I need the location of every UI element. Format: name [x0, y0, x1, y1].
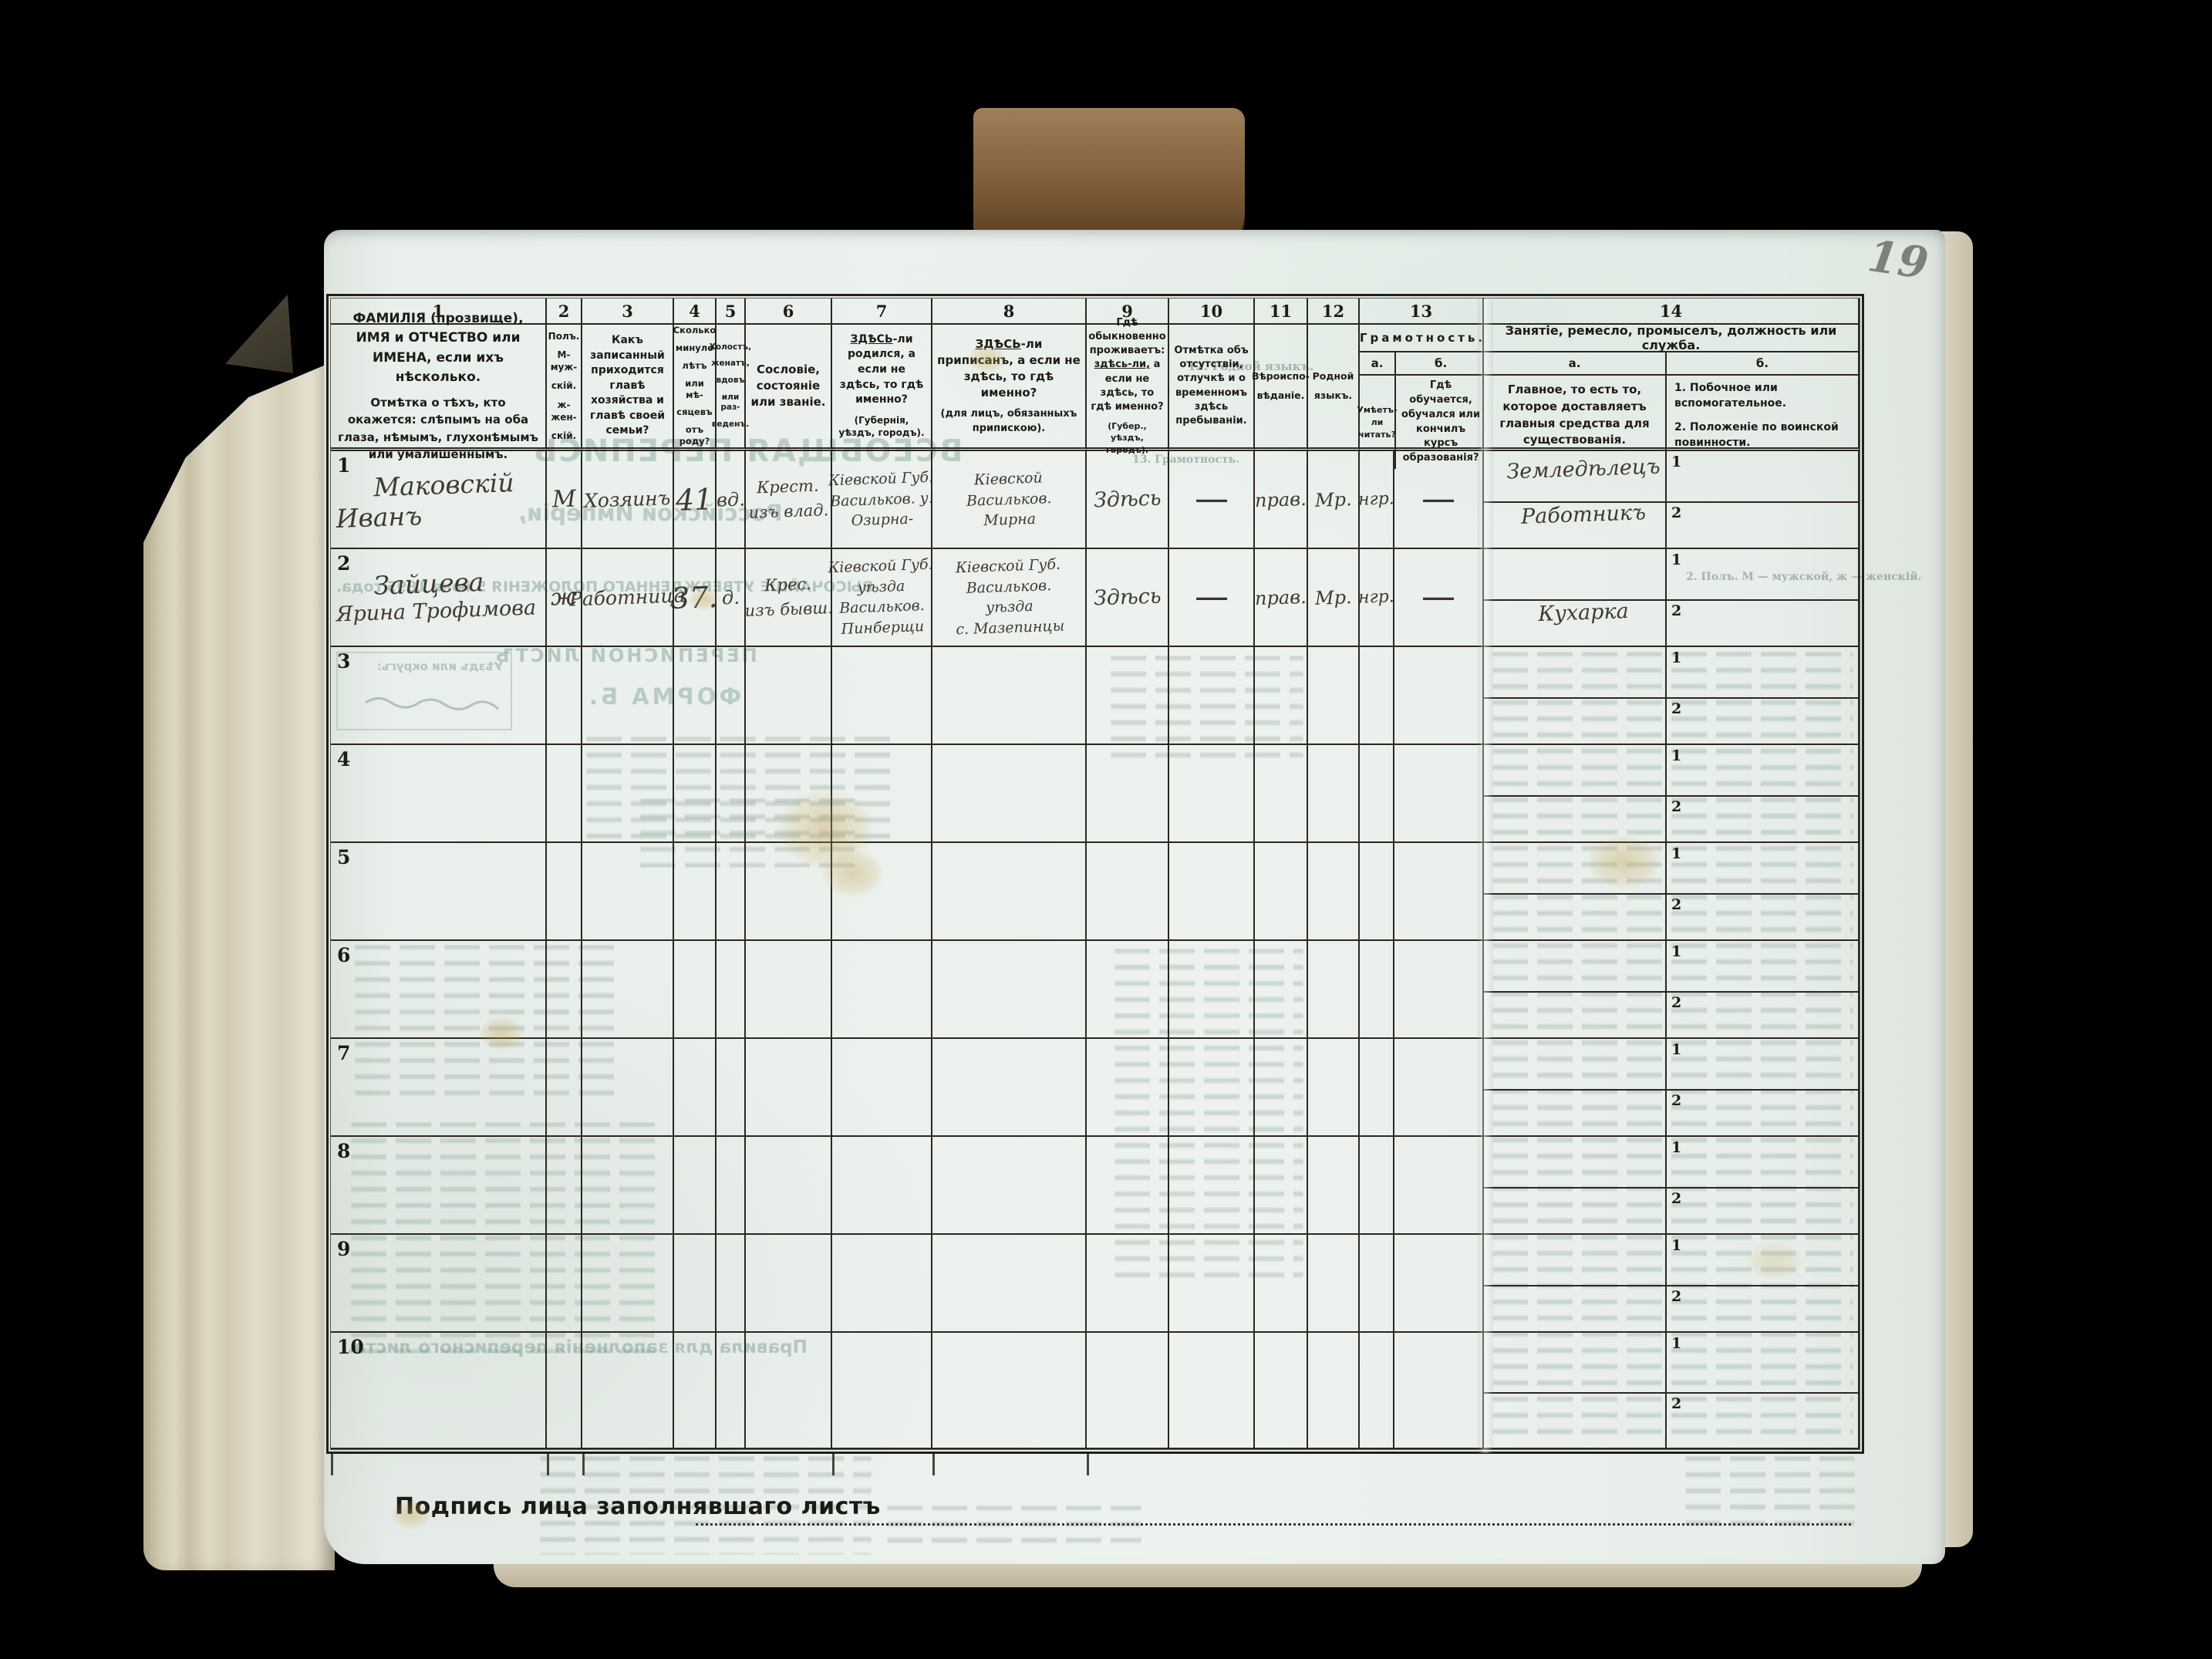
row-9-age-cell — [674, 1235, 717, 1333]
row-5-birth-cell — [832, 843, 932, 941]
row-8-absent-cell — [1169, 1137, 1255, 1235]
row-8-occupation-cell: 12 — [1484, 1137, 1860, 1235]
row-2-age-cell: 37. — [674, 549, 717, 647]
header-name-main: ФАМИЛІЯ (прозвище), ИМЯ и ОТЧЕСТВО или И… — [335, 309, 541, 388]
row-7-edu-cell — [1394, 1039, 1484, 1137]
row-8-estate-cell — [746, 1137, 832, 1235]
subrow-label-1: 1 — [1671, 1139, 1681, 1156]
row-8-marital-cell — [717, 1137, 746, 1235]
header-literacy-a-label: а. — [1360, 352, 1394, 374]
row-2-name-cell: 2ЗайцеваЯрина Трофимова — [331, 549, 547, 647]
row-3-age-cell — [674, 647, 717, 745]
row-2-lang-cell: Мр. — [1308, 549, 1360, 647]
row-3-live-cell — [1087, 647, 1169, 745]
header-literacy-title: Грамотность. — [1360, 325, 1485, 352]
row-6-name-cell: 6 — [331, 941, 547, 1039]
header-marital: Холостъ, женатъ, вдовъ или раз- веденъ. — [717, 325, 746, 451]
row-5-reg-cell — [932, 843, 1087, 941]
row-8-live-cell — [1087, 1137, 1169, 1235]
row-1-age-cell: 41 — [674, 451, 717, 549]
read-handwriting: нгр. — [1358, 587, 1395, 608]
row-3-estate-cell — [746, 647, 832, 745]
row-6-reg-cell — [932, 941, 1087, 1039]
signature-line — [696, 1464, 1851, 1526]
row-4-lang-cell — [1308, 745, 1360, 843]
header-relation: Какъ записанный приходится главѣ хозяйст… — [582, 325, 674, 451]
name-handwriting: ЗайцеваЯрина Трофимова — [335, 565, 537, 627]
row-3-birth-cell — [832, 647, 932, 745]
occupation-subrow-divider — [1484, 795, 1858, 797]
column-number-7: 7 — [832, 298, 932, 325]
row-2-live-cell: Здѣсь — [1087, 549, 1169, 647]
subrow-label-1: 1 — [1671, 1237, 1681, 1254]
row-8-lang-cell — [1308, 1137, 1360, 1235]
row-5-relation-cell — [582, 843, 674, 941]
row-8-read-cell — [1360, 1137, 1394, 1235]
estate-handwriting: Крес.изъ бывш. — [744, 572, 834, 623]
row-9-marital-cell — [717, 1235, 746, 1333]
row-9-read-cell — [1360, 1235, 1394, 1333]
row-5-age-cell — [674, 843, 717, 941]
subrow-label-1: 1 — [1671, 1335, 1681, 1352]
row-5-absent-cell — [1169, 843, 1255, 941]
row-5-faith-cell — [1255, 843, 1308, 941]
main-occupation-handwriting: Земледѣлецъ — [1495, 454, 1673, 484]
header-birthplace: ЗДѢСЬ-ли родился, а если не здѣсь, то гд… — [832, 325, 932, 451]
row-7-age-cell — [674, 1039, 717, 1137]
column-number-4: 4 — [674, 298, 717, 325]
row-number: 5 — [337, 846, 350, 868]
row-7-read-cell — [1360, 1039, 1394, 1137]
header-language: Родной языкъ. — [1308, 325, 1360, 451]
row-1-lang-cell: Мр. — [1308, 451, 1360, 549]
column-number-10: 10 — [1169, 298, 1255, 325]
row-7-occupation-cell: 12 — [1484, 1039, 1860, 1137]
row-7-relation-cell — [582, 1039, 674, 1137]
row-8-edu-cell — [1394, 1137, 1484, 1235]
row-6-edu-cell — [1394, 941, 1484, 1039]
page-corner-damage — [225, 295, 293, 373]
row-number: 10 — [337, 1336, 364, 1358]
row-4-live-cell — [1087, 745, 1169, 843]
row-number: 3 — [337, 650, 350, 673]
row-7-marital-cell — [717, 1039, 746, 1137]
row-8-relation-cell — [582, 1137, 674, 1235]
row-8-birth-cell — [832, 1137, 932, 1235]
row-4-name-cell: 4 — [331, 745, 547, 843]
occupation-subrow-divider — [1484, 893, 1858, 895]
row-3-marital-cell — [717, 647, 746, 745]
row-9-absent-cell — [1169, 1235, 1255, 1333]
column-number-5: 5 — [717, 298, 746, 325]
subrow-label-2: 2 — [1671, 896, 1681, 913]
row-2-faith-cell: прав. — [1255, 549, 1308, 647]
table-line-tick — [582, 1454, 585, 1475]
subrow-label-1: 1 — [1671, 454, 1681, 470]
row-4-marital-cell — [717, 745, 746, 843]
row-6-faith-cell — [1255, 941, 1308, 1039]
row-3-edu-cell — [1394, 647, 1484, 745]
row-5-sex-cell — [547, 843, 582, 941]
row-10-reg-cell — [932, 1333, 1087, 1449]
row-4-birth-cell — [832, 745, 932, 843]
header-occupation-title: Занятіе, ремесло, промыселъ, должность и… — [1484, 325, 1858, 352]
row-3-read-cell — [1360, 647, 1394, 745]
relation-handwriting: Работница — [569, 584, 686, 610]
row-7-reg-cell — [932, 1039, 1087, 1137]
subrow-label-2: 2 — [1671, 700, 1681, 717]
row-1-birth-cell: Кіевской Губ.Васильков. у.Озирна- — [832, 451, 932, 549]
subrow-label-2: 2 — [1671, 1092, 1681, 1109]
row-4-read-cell — [1360, 745, 1394, 843]
row-8-reg-cell — [932, 1137, 1087, 1235]
occupation-subrow-divider — [1484, 1187, 1858, 1189]
row-1-reg-cell: КіевскойВасильков.Мирна — [932, 451, 1087, 549]
row-7-sex-cell — [547, 1039, 582, 1137]
row-7-name-cell: 7 — [331, 1039, 547, 1137]
read-handwriting: нгр. — [1358, 489, 1395, 510]
row-3-relation-cell — [582, 647, 674, 745]
row-3-reg-cell — [932, 647, 1087, 745]
row-2-absent-cell: — — [1169, 549, 1255, 647]
row-9-relation-cell — [582, 1235, 674, 1333]
column-number-14: 14 — [1484, 298, 1860, 325]
row-10-live-cell — [1087, 1333, 1169, 1449]
row-4-occupation-cell: 12 — [1484, 745, 1860, 843]
row-8-faith-cell — [1255, 1137, 1308, 1235]
row-6-lang-cell — [1308, 941, 1360, 1039]
row-9-name-cell: 9 — [331, 1235, 547, 1333]
row-1-read-cell: нгр. — [1360, 451, 1394, 549]
header-estate: Сословіе, состояніе или званіе. — [746, 325, 832, 451]
row-5-estate-cell — [746, 843, 832, 941]
birth-handwriting: Кіевской Губ.Васильков. у.Озирна- — [828, 467, 936, 531]
row-9-sex-cell — [547, 1235, 582, 1333]
row-2-birth-cell: Кіевской Губ.уѣздаВасильков.Пинберщи — [832, 549, 932, 647]
row-1-live-cell: Здѣсь — [1087, 451, 1169, 549]
row-10-read-cell — [1360, 1333, 1394, 1449]
row-6-absent-cell — [1169, 941, 1255, 1039]
header-literacy-group: Грамотность. а. б. Умѣетъ-ли читать? Гдѣ… — [1360, 325, 1484, 451]
row-4-faith-cell — [1255, 745, 1308, 843]
row-9-edu-cell — [1394, 1235, 1484, 1333]
marital-handwriting: вд. — [716, 488, 745, 511]
row-10-relation-cell — [582, 1333, 674, 1449]
row-6-relation-cell — [582, 941, 674, 1039]
column-number-11: 11 — [1255, 298, 1308, 325]
row-number: 9 — [337, 1238, 350, 1260]
faith-handwriting: прав. — [1255, 585, 1307, 609]
row-number: 4 — [337, 748, 350, 770]
header-occupation-b-label: б. — [1665, 352, 1858, 374]
header-religion: Вѣроиспо- вѣданіе. — [1255, 325, 1308, 451]
occupation-sub-column-line — [1665, 941, 1667, 1037]
row-4-reg-cell — [932, 745, 1087, 843]
edu-handwriting: — — [1421, 487, 1456, 512]
row-10-occupation-cell: 12 — [1484, 1333, 1860, 1449]
row-number: 2 — [337, 552, 350, 575]
secondary-occupation-handwriting: Работникъ — [1495, 500, 1673, 530]
occupation-sub-column-line — [1665, 1333, 1667, 1448]
header-occupation-a-label: а. — [1484, 352, 1665, 374]
column-number-6: 6 — [746, 298, 832, 325]
page-number-pencil: 19 — [1865, 231, 1931, 289]
subrow-label-2: 2 — [1671, 602, 1681, 619]
occupation-subrow-divider — [1484, 1089, 1858, 1091]
row-9-occupation-cell: 12 — [1484, 1235, 1860, 1333]
row-5-lang-cell — [1308, 843, 1360, 941]
absent-handwriting: — — [1194, 487, 1229, 512]
occupation-subrow-divider — [1484, 991, 1858, 993]
row-3-faith-cell — [1255, 647, 1308, 745]
header-registration: ЗДѢСЬ-ли приписанъ, а если не здѣсь, то … — [932, 325, 1087, 451]
column-number-8: 8 — [932, 298, 1087, 325]
census-scan: ВСЕОБЩАЯ ПЕРЕПИСЬ Россійской Имперіи, ВЫ… — [0, 0, 2212, 1659]
header-occupation-b-text: 1. Побочное или вспомогательное. 2. Поло… — [1665, 376, 1858, 455]
row-9-faith-cell — [1255, 1235, 1308, 1333]
row-3-occupation-cell: 12 — [1484, 647, 1860, 745]
row-2-read-cell: нгр. — [1360, 549, 1394, 647]
row-10-lang-cell — [1308, 1333, 1360, 1449]
row-6-estate-cell — [746, 941, 832, 1039]
subrow-label-1: 1 — [1671, 551, 1681, 568]
row-number: 7 — [337, 1042, 350, 1064]
header-name: ФАМИЛІЯ (прозвище), ИМЯ и ОТЧЕСТВО или И… — [331, 325, 547, 451]
subrow-label-2: 2 — [1671, 1288, 1681, 1305]
row-6-age-cell — [674, 941, 717, 1039]
header-absence: Отмѣтка объ отсутствіи, отлучкѣ и о врем… — [1169, 325, 1255, 451]
row-3-sex-cell — [547, 647, 582, 745]
occupation-subrow-divider — [1484, 1285, 1858, 1286]
table-line-tick — [331, 1454, 333, 1475]
subrow-label-2: 2 — [1671, 1190, 1681, 1207]
row-4-sex-cell — [547, 745, 582, 843]
estate-handwriting: Крест.изъ влад. — [747, 474, 829, 525]
row-10-birth-cell — [832, 1333, 932, 1449]
row-10-name-cell: 10 — [331, 1333, 547, 1449]
birth-handwriting: Кіевской Губ.уѣздаВасильков.Пинберщи — [828, 555, 936, 640]
age-handwriting: 37. — [671, 579, 719, 615]
header-occupation-a-text: Главное, то есть то, которое доставляетъ… — [1484, 376, 1665, 455]
occupation-subrow-divider — [1484, 1392, 1858, 1394]
row-5-name-cell: 5 — [331, 843, 547, 941]
occupation-sub-column-line — [1665, 1235, 1667, 1331]
header-occupation-group: Занятіе, ремесло, промыселъ, должность и… — [1484, 325, 1860, 451]
row-4-age-cell — [674, 745, 717, 843]
row-1-estate-cell: Крест.изъ влад. — [746, 451, 832, 549]
row-10-sex-cell — [547, 1333, 582, 1449]
column-number-13: 13 — [1360, 298, 1484, 325]
row-5-read-cell — [1360, 843, 1394, 941]
header-sex: Полъ. М-муж- скій. ж-жен- скій. — [547, 325, 582, 451]
column-number-2: 2 — [547, 298, 582, 325]
row-2-estate-cell: Крес.изъ бывш. — [746, 549, 832, 647]
subrow-label-1: 1 — [1671, 845, 1681, 862]
row-10-absent-cell — [1169, 1333, 1255, 1449]
reg-handwriting: КіевскойВасильков.Мирна — [965, 467, 1052, 532]
row-5-live-cell — [1087, 843, 1169, 941]
row-4-edu-cell — [1394, 745, 1484, 843]
row-4-relation-cell — [582, 745, 674, 843]
row-4-absent-cell — [1169, 745, 1255, 843]
row-7-birth-cell — [832, 1039, 932, 1137]
row-4-estate-cell — [746, 745, 832, 843]
row-10-faith-cell — [1255, 1333, 1308, 1449]
row-10-marital-cell — [717, 1333, 746, 1449]
subrow-label-2: 2 — [1671, 994, 1681, 1011]
row-3-name-cell: 3 — [331, 647, 547, 745]
book-page-edges — [143, 361, 335, 1570]
row-3-absent-cell — [1169, 647, 1255, 745]
occupation-sub-column-line — [1665, 1039, 1667, 1135]
row-8-name-cell: 8 — [331, 1137, 547, 1235]
live-handwriting: Здѣсь — [1093, 584, 1162, 610]
subrow-label-1: 1 — [1671, 943, 1681, 960]
subrow-label-2: 2 — [1671, 798, 1681, 815]
row-1-name-cell: 1МаковскійИванъ — [331, 451, 547, 549]
occupation-sub-column-line — [1665, 745, 1667, 841]
row-5-occupation-cell: 12 — [1484, 843, 1860, 941]
edu-handwriting: — — [1421, 585, 1456, 610]
row-1-faith-cell: прав. — [1255, 451, 1308, 549]
row-5-marital-cell — [717, 843, 746, 941]
column-number-3: 3 — [582, 298, 674, 325]
header-literacy-b-label: б. — [1394, 352, 1485, 374]
column-number-12: 12 — [1308, 298, 1360, 325]
marital-handwriting: д. — [721, 586, 740, 609]
reg-handwriting: Кіевской Губ.Васильков.уѣздас. Мазепинцы — [953, 555, 1064, 640]
row-6-birth-cell — [832, 941, 932, 1039]
subrow-label-1: 1 — [1671, 649, 1681, 666]
row-1-sex-cell: М — [547, 451, 582, 549]
occupation-sub-column-line — [1665, 1137, 1667, 1233]
row-number: 8 — [337, 1140, 350, 1162]
row-9-estate-cell — [746, 1235, 832, 1333]
header-residence: Гдѣ обыкновенно проживаетъ: здѣсь-ли, а … — [1087, 325, 1169, 451]
underlying-sheet-edge — [1941, 231, 1973, 1547]
absent-handwriting: — — [1194, 585, 1229, 610]
row-6-live-cell — [1087, 941, 1169, 1039]
row-5-edu-cell — [1394, 843, 1484, 941]
row-7-live-cell — [1087, 1039, 1169, 1137]
subrow-label-1: 1 — [1671, 747, 1681, 764]
row-2-relation-cell: Работница — [582, 549, 674, 647]
row-number: 6 — [337, 944, 350, 966]
row-7-absent-cell — [1169, 1039, 1255, 1137]
faith-handwriting: прав. — [1255, 487, 1307, 511]
subrow-label-2: 2 — [1671, 504, 1681, 521]
row-6-read-cell — [1360, 941, 1394, 1039]
lang-handwriting: Мр. — [1314, 488, 1352, 511]
census-table: 1 2 3 4 5 6 7 8 9 10 11 12 13 14 ФАМИЛІЯ… — [326, 294, 1864, 1454]
row-9-live-cell — [1087, 1235, 1169, 1333]
occupation-sub-column-line — [1665, 843, 1667, 939]
census-grid: 1 2 3 4 5 6 7 8 9 10 11 12 13 14 ФАМИЛІЯ… — [331, 298, 1860, 1449]
row-1-marital-cell: вд. — [717, 451, 746, 549]
row-9-lang-cell — [1308, 1235, 1360, 1333]
row-1-occupation-cell: 12ЗемледѣлецъРаботникъ — [1484, 451, 1860, 549]
subrow-label-2: 2 — [1671, 1395, 1681, 1412]
row-10-edu-cell — [1394, 1333, 1484, 1449]
row-1-relation-cell: Хозяинъ — [582, 451, 674, 549]
row-2-marital-cell: д. — [717, 549, 746, 647]
row-8-age-cell — [674, 1137, 717, 1235]
row-2-occupation-cell: 12Кухарка — [1484, 549, 1860, 647]
occupation-sub-column-line — [1665, 647, 1667, 744]
name-handwriting: МаковскійИванъ — [335, 468, 516, 534]
row-7-faith-cell — [1255, 1039, 1308, 1137]
row-8-sex-cell — [547, 1137, 582, 1235]
row-1-edu-cell: — — [1394, 451, 1484, 549]
subrow-label-1: 1 — [1671, 1041, 1681, 1058]
row-9-reg-cell — [932, 1235, 1087, 1333]
row-2-reg-cell: Кіевской Губ.Васильков.уѣздас. Мазепинцы — [932, 549, 1087, 647]
row-3-lang-cell — [1308, 647, 1360, 745]
row-6-sex-cell — [547, 941, 582, 1039]
lang-handwriting: Мр. — [1314, 586, 1352, 609]
row-10-estate-cell — [746, 1333, 832, 1449]
occupation-subrow-divider — [1484, 697, 1858, 699]
row-9-birth-cell — [832, 1235, 932, 1333]
row-2-edu-cell: — — [1394, 549, 1484, 647]
row-10-age-cell — [674, 1333, 717, 1449]
relation-handwriting: Хозяинъ — [584, 487, 671, 512]
sex-handwriting: М — [551, 485, 576, 513]
row-6-occupation-cell: 12 — [1484, 941, 1860, 1039]
row-1-absent-cell: — — [1169, 451, 1255, 549]
row-7-estate-cell — [746, 1039, 832, 1137]
secondary-occupation-handwriting: Кухарка — [1495, 598, 1673, 628]
table-line-tick — [547, 1454, 549, 1475]
row-7-lang-cell — [1308, 1039, 1360, 1137]
row-6-marital-cell — [717, 941, 746, 1039]
age-handwriting: 41 — [676, 482, 714, 518]
live-handwriting: Здѣсь — [1093, 486, 1162, 512]
